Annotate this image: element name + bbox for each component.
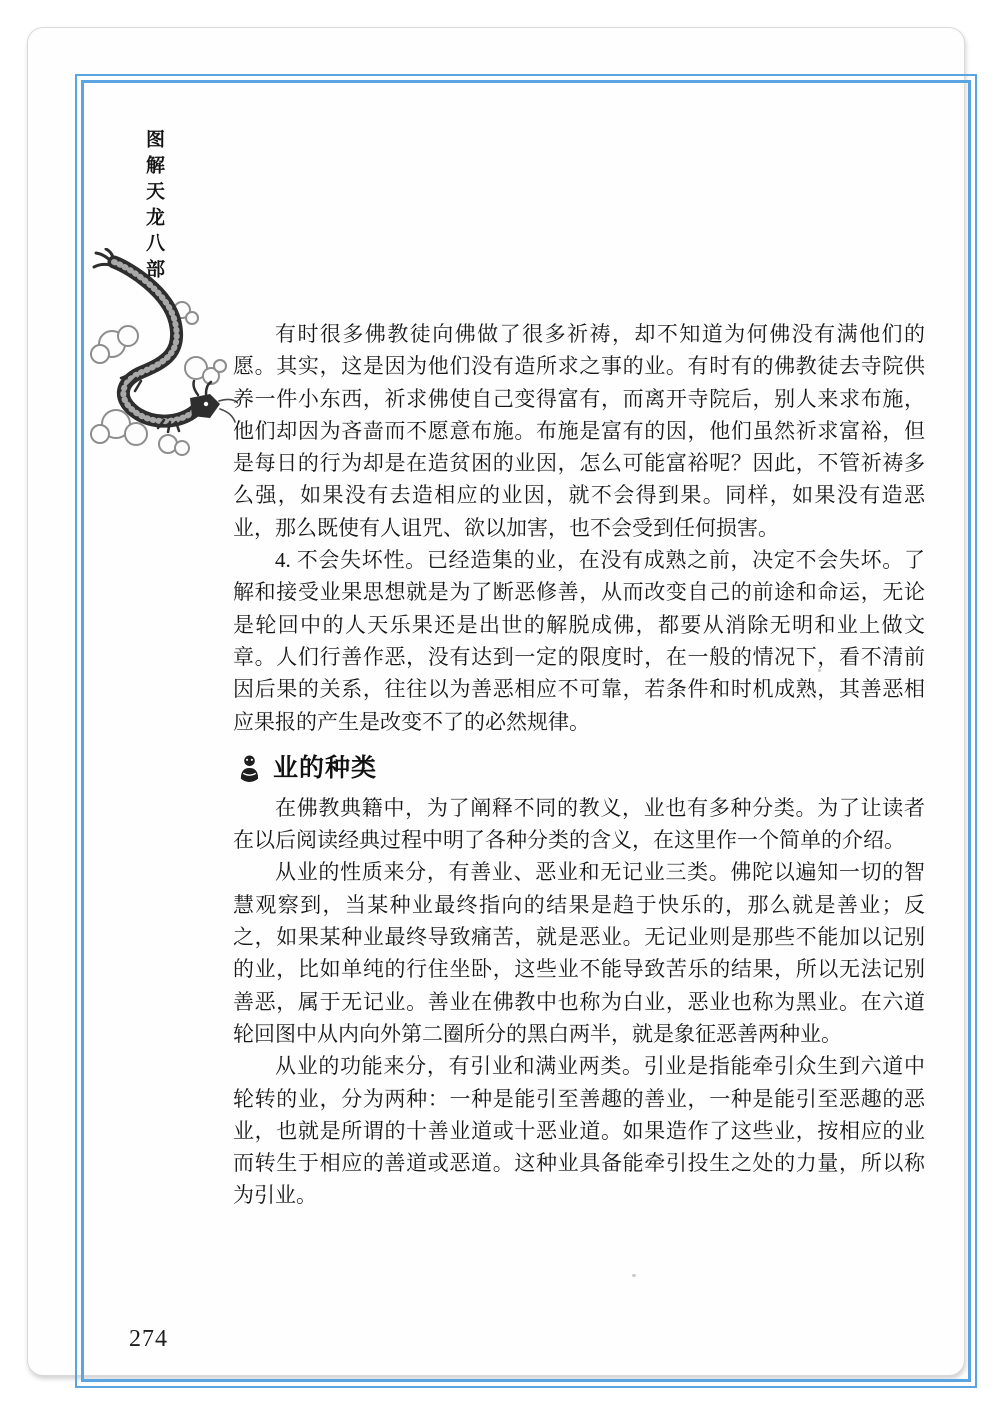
paragraph: 4. 不会失坏性。已经造集的业，在没有成熟之前，决定不会失坏。了解和接受业果思想… [233, 544, 925, 738]
body-text: 有时很多佛教徒向佛做了很多祈祷，却不知道为何佛没有满他们的愿。其实，这是因为他们… [233, 318, 925, 1212]
section-heading: 业的种类 [237, 753, 925, 783]
dragon-cloud-illustration [78, 248, 238, 460]
paragraph: 从业的性质来分，有善业、恶业和无记业三类。佛陀以遍知一切的智慧观察到，当某种业最… [233, 856, 925, 1050]
section-heading-text: 业的种类 [273, 753, 377, 783]
scan-speck [632, 1274, 636, 1277]
paragraph: 从业的功能来分，有引业和满业两类。引业是指能牵引众生到六道中轮转的业，分为两种：… [233, 1050, 925, 1211]
scan-speck [818, 669, 821, 672]
paragraph: 有时很多佛教徒向佛做了很多祈祷，却不知道为何佛没有满他们的愿。其实，这是因为他们… [233, 318, 925, 544]
page-number: 274 [129, 1326, 168, 1353]
paragraph: 在佛教典籍中，为了阐释不同的教义，业也有多种分类。为了让读者在以后阅读经典过程中… [233, 792, 925, 857]
scanned-book-page: 图解天龙八部 [0, 0, 999, 1405]
buddha-ornament-icon [237, 753, 262, 783]
page-card: 图解天龙八部 [27, 27, 965, 1376]
